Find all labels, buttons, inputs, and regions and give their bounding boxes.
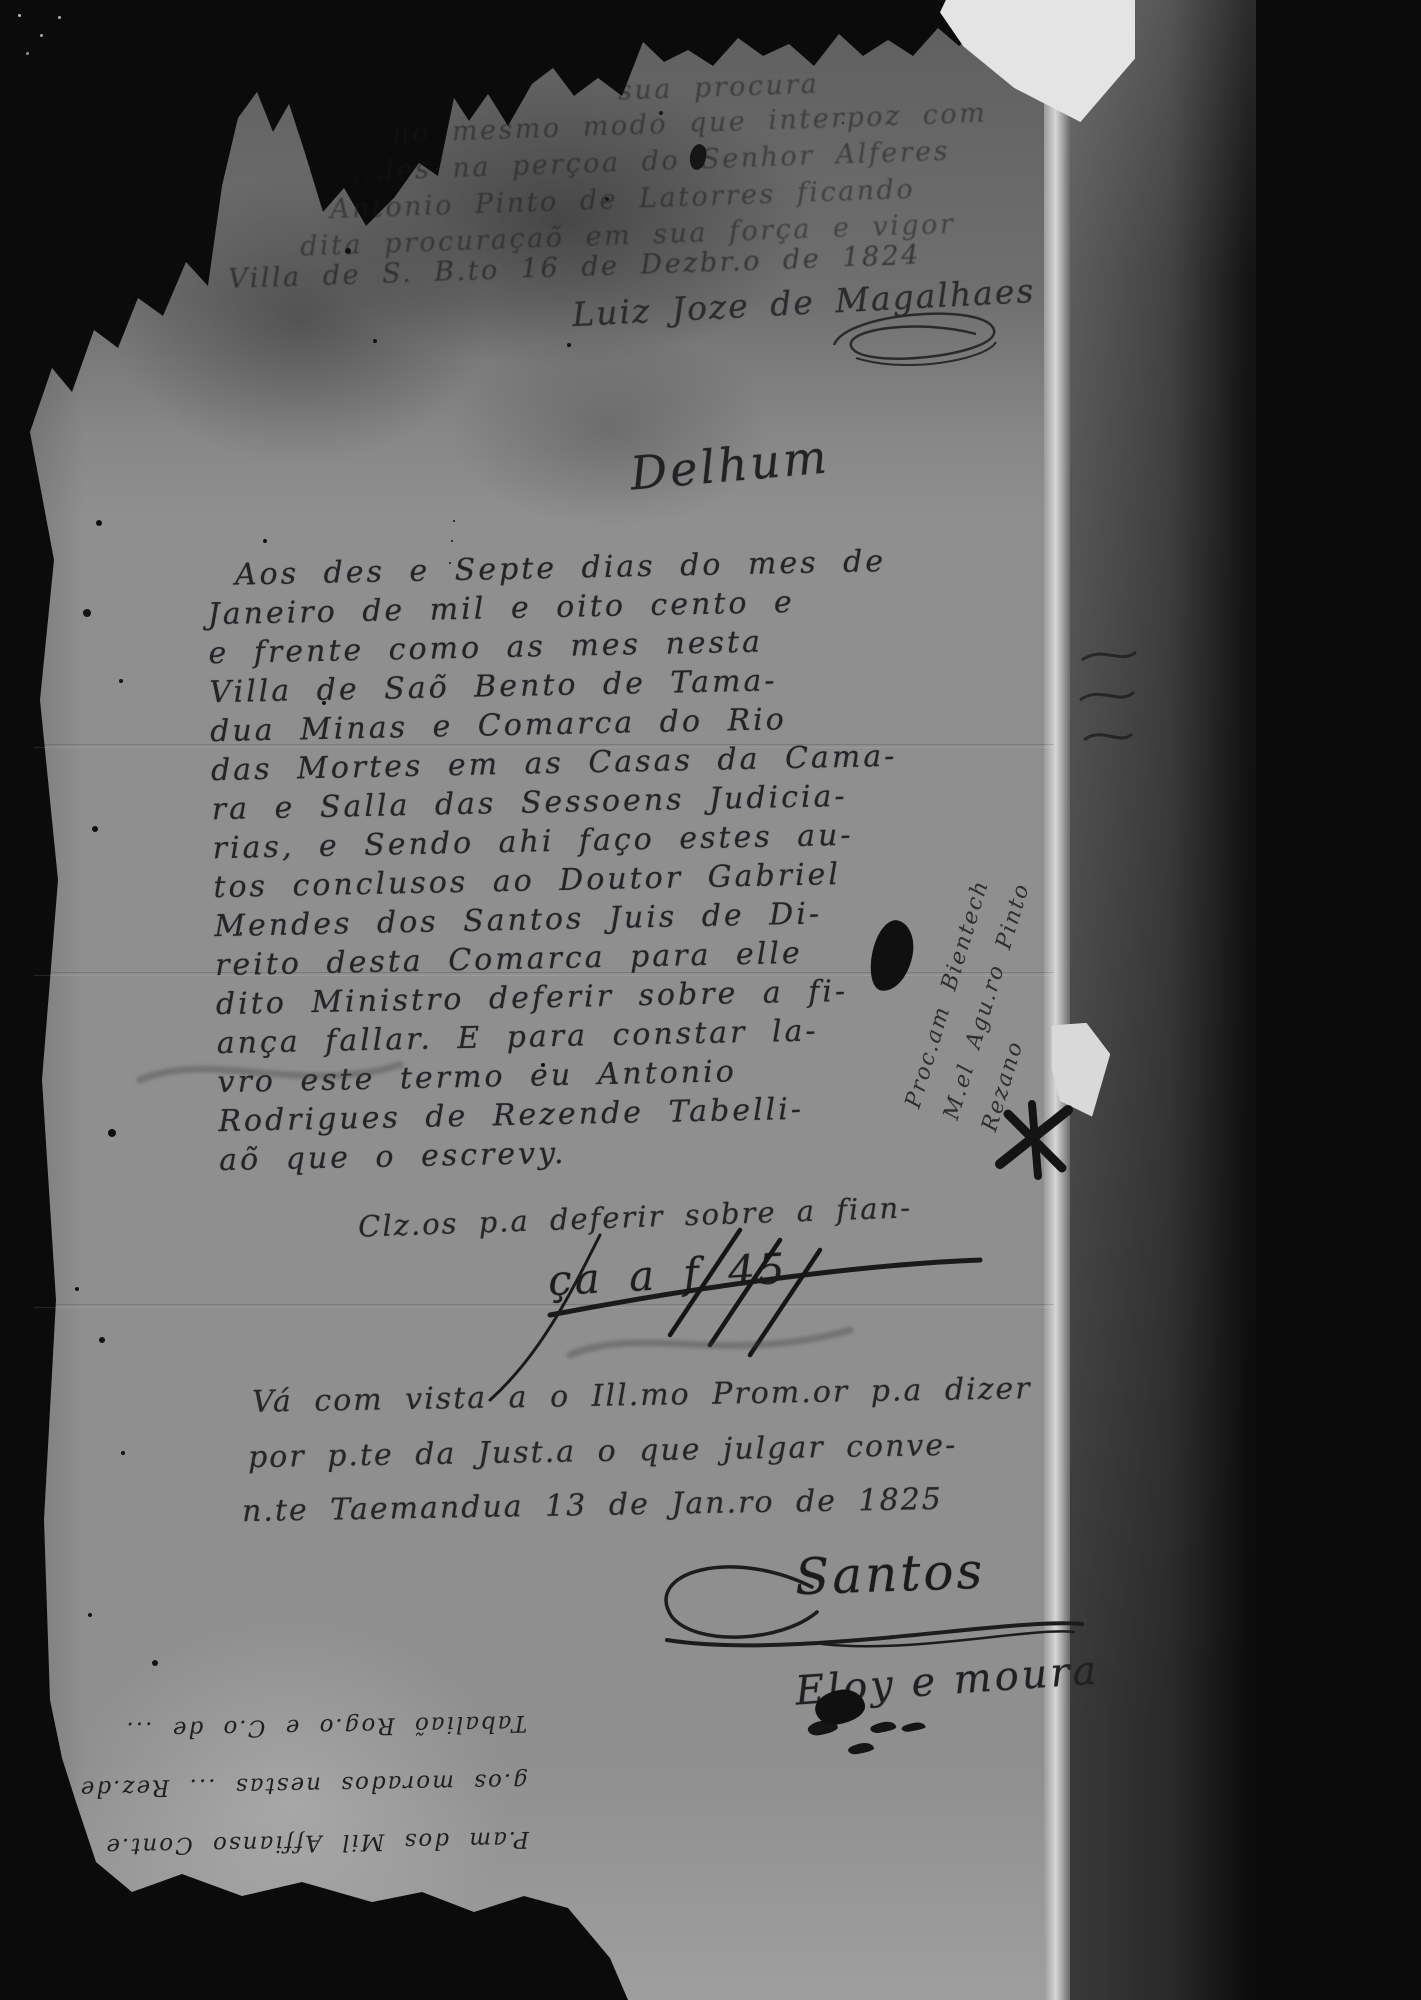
- upside-down-note-line: Tabaliaõ Rog.o e C.o de ...: [57, 1694, 528, 1760]
- bleedthrough-mark: [120, 1040, 420, 1120]
- upside-down-note: P.am dos Mil Affianso Cont.e g.os morado…: [57, 1694, 530, 1876]
- upside-down-note-line: P.am dos Mil Affianso Cont.e: [59, 1810, 530, 1876]
- scanner-dust: [0, 0, 3, 3]
- santos-signature-flourish: [612, 1532, 1112, 1662]
- ink-blot-scribble: [986, 1098, 1082, 1182]
- upside-down-note-line: g.os morados nestas ... Rez.de: [58, 1752, 529, 1818]
- adjacent-page-edge: [1066, 0, 1256, 2000]
- signature-rubric-flourish: [826, 300, 1006, 378]
- adjacent-page-writing-marks: [1072, 640, 1142, 770]
- bleedthrough-mark: [560, 1295, 860, 1385]
- scanned-document-canvas: sua procura no mesmo modo que interpoz c…: [0, 0, 1421, 2000]
